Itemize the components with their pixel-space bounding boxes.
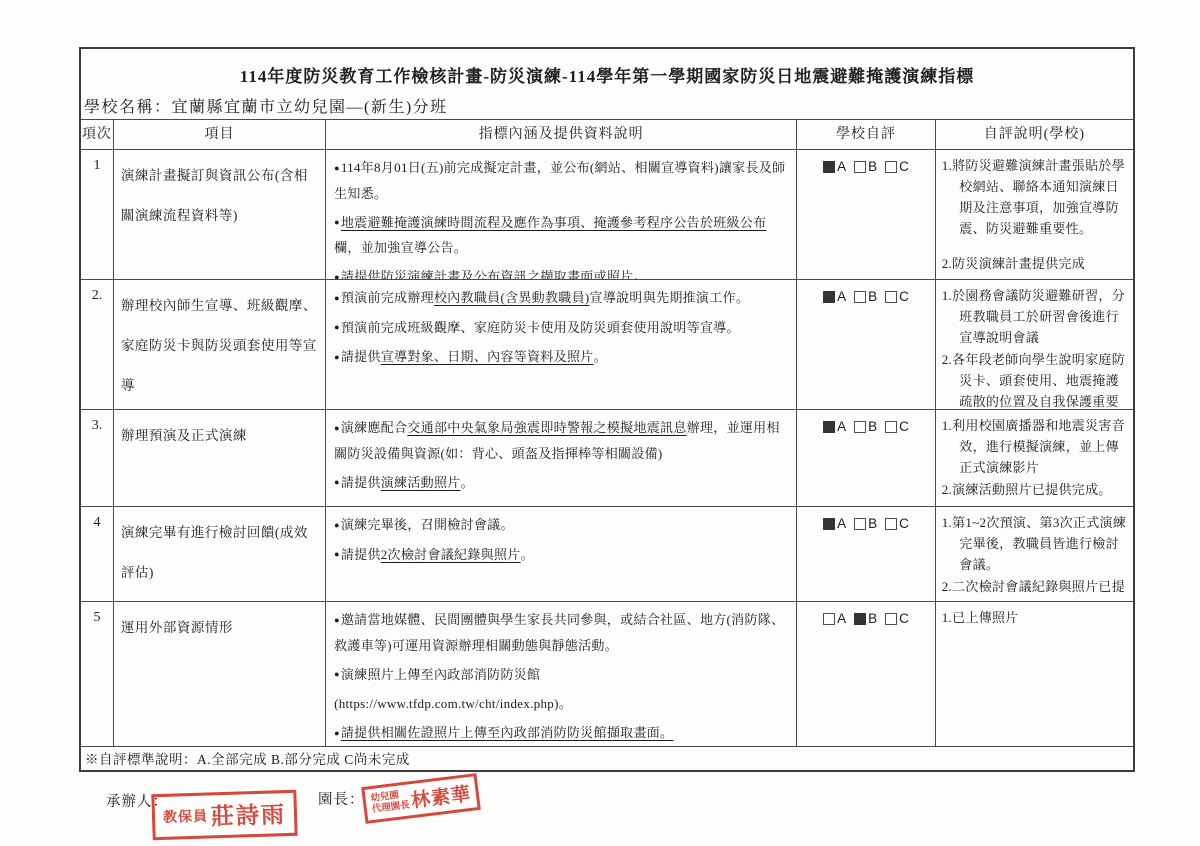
checkbox-a-unchecked	[823, 613, 835, 625]
self-eval-option-b: B	[854, 516, 877, 531]
note-spacer	[942, 240, 1128, 252]
checkbox-b-unchecked	[854, 161, 866, 173]
checkbox-label: C	[899, 289, 909, 304]
underlined-text: 交通部中央氣象局強震即時警報之模擬地震訊息	[407, 420, 686, 435]
stamp-role: 教保員	[163, 805, 209, 826]
indicator-text: 。	[594, 349, 607, 364]
checkbox-label: C	[899, 419, 909, 434]
title-block: 114年度防災教育工作檢核計畫-防災演練-114學年第一學期國家防災日地震避難掩…	[81, 49, 1133, 119]
indicator-text: (https://www.tfdp.com.tw/cht/index.php)。	[334, 696, 572, 711]
self-eval-option-c: C	[885, 516, 909, 531]
bullet-icon: ●	[334, 549, 340, 559]
indicator-text: 宣導說明與先期推演工作。	[590, 290, 750, 305]
indicator-text: 。	[633, 269, 646, 279]
self-eval-option-a: A	[823, 611, 846, 626]
self-eval-option-a: A	[823, 289, 846, 304]
self-eval-option-c: C	[885, 611, 909, 626]
self-eval-option-b: B	[854, 159, 877, 174]
bullet-icon: ●	[334, 217, 340, 227]
page-title: 114年度防災教育工作檢核計畫-防災演練-114學年第一學期國家防災日地震避難掩…	[81, 49, 1133, 87]
underlined-text: 地震避難掩護演練時間流程及應作為事項、掩護參考程序公告於班級公布	[341, 215, 767, 230]
eval-notes: 1.已上傳照片	[936, 602, 1133, 746]
indicator-line: ●請提供2次檢討會議紀錄與照片。	[334, 542, 788, 568]
self-eval-checkboxes: ABC	[797, 507, 935, 601]
checkbox-a-checked	[823, 421, 835, 433]
table-row-1: 1 演練計畫擬訂與資訊公布(含相關演練流程資料等) ●114年8月01日(五)前…	[81, 149, 1133, 279]
table-row-2: 2. 辦理校內師生宣導、班級觀摩、家庭防災卡與防災頭套使用等宣導 ●預演前完成辦…	[81, 279, 1133, 409]
indicator-text: 欄，並加強宣導公告。	[334, 240, 467, 255]
table-row-5: 5 運用外部資源情形 ●邀請當地媒體、民間團體與學生家長共同參與，或結合社區、地…	[81, 601, 1133, 746]
checkbox-label: A	[837, 159, 846, 174]
grading-legend: ※自評標準說明：A.全部完成 B.部分完成 C尚未完成	[81, 746, 1133, 772]
eval-note: 2.演練活動照片已提供完成。	[942, 479, 1128, 500]
self-eval-checkboxes: ABC	[797, 602, 935, 746]
eval-note: 1.利用校園廣播器和地震災害音效，進行模擬演練，並上傳正式演練影片	[942, 415, 1128, 478]
table-row-4: 4 演練完畢有進行檢討回饋(成效評估) ●演練完畢後，召開檢討會議。●請提供2次…	[81, 506, 1133, 601]
item-label: 運用外部資源情形	[114, 602, 326, 746]
checkbox-a-checked	[823, 291, 835, 303]
indicator-line: ●請提供演練活動照片。	[334, 470, 788, 496]
underlined-text: 防災演練計畫	[381, 269, 461, 279]
checkbox-label: A	[837, 289, 846, 304]
indicator-text: 請提供	[341, 475, 381, 490]
checkbox-c-unchecked	[885, 291, 897, 303]
bullet-icon: ●	[334, 272, 340, 280]
self-eval-option-b: B	[854, 611, 877, 626]
table-row-3: 3. 辦理預演及正式演練 ●演練應配合交通部中央氣象局強震即時警報之模擬地震訊息…	[81, 409, 1133, 506]
item-label: 演練計畫擬訂與資訊公布(含相關演練流程資料等)	[114, 150, 326, 279]
checkbox-label: B	[868, 419, 877, 434]
checkbox-label: C	[899, 611, 909, 626]
form-sheet: 114年度防災教育工作檢核計畫-防災演練-114學年第一學期國家防災日地震避難掩…	[79, 47, 1135, 772]
indicator-text: 。	[461, 475, 474, 490]
eval-note: 1.第1~2次預演、第3次正式演練完畢後，教職員皆進行檢討會議。	[942, 512, 1128, 575]
checkbox-label: B	[868, 611, 877, 626]
evaluation-table: 項次 項目 指標內涵及提供資料說明 學校自評 自評說明(學校) 1 演練計畫擬訂…	[81, 119, 1133, 772]
checkbox-b-unchecked	[854, 518, 866, 530]
indicator-text: 演練應配合	[341, 420, 408, 435]
checkbox-label: B	[868, 159, 877, 174]
bullet-icon: ●	[334, 728, 340, 738]
signature-area: 承辦人： 教保員 莊詩雨 園長： 幼兒園 代理園長 林素華	[0, 780, 1200, 846]
checkbox-c-unchecked	[885, 161, 897, 173]
indicator-text: 請提供	[341, 269, 381, 279]
eval-notes: 1.利用校園廣播器和地震災害音效，進行模擬演練，並上傳正式演練影片2.演練活動照…	[936, 410, 1133, 506]
indicator-line: ●演練完畢後，召開檢討會議。	[334, 512, 788, 538]
item-label: 演練完畢有進行檢討回饋(成效評估)	[114, 507, 326, 601]
checkbox-c-unchecked	[885, 613, 897, 625]
bullet-icon: ●	[334, 293, 340, 303]
eval-note: 1.於園務會議防災避難研習，分班教職員工於研習會後進行宣導說明會議	[942, 285, 1128, 348]
indicator-line: ●請提供相關佐證照片上傳至內政部消防防災館擷取畫面。	[334, 720, 788, 746]
checkbox-b-unchecked	[854, 291, 866, 303]
table-header-row: 項次 項目 指標內涵及提供資料說明 學校自評 自評說明(學校)	[81, 119, 1133, 149]
underlined-text: 宣導對象、日期、內容等資料及照片	[381, 349, 594, 364]
checkbox-label: A	[837, 611, 846, 626]
indicator-list: ●邀請當地媒體、民間團體與學生家長共同參與，或結合社區、地方(消防隊、救護車等)…	[326, 602, 797, 746]
header-cell-no: 項次	[81, 120, 114, 149]
row-number: 3.	[81, 410, 114, 506]
row-number: 5	[81, 602, 114, 746]
eval-note: 2.防災演練計畫提供完成	[942, 253, 1128, 274]
eval-notes: 1.將防災避難演練計畫張貼於學校網站、聯絡本通知演練日期及注意事項，加強宣導防震…	[936, 150, 1133, 279]
indicator-text: 邀請當地媒體、民間團體與學生家長共同參與，或結合社區、地方(消防隊、救護車等)可…	[334, 612, 784, 653]
principal-label: 園長：	[318, 788, 365, 809]
header-cell-item: 項目	[114, 120, 326, 149]
bullet-icon: ●	[334, 352, 340, 362]
indicator-text: 。	[521, 547, 534, 562]
underlined-text: 擷取畫面或照片	[540, 269, 633, 279]
bullet-icon: ●	[334, 477, 340, 487]
self-eval-option-b: B	[854, 419, 877, 434]
scanned-form-page: 114年度防災教育工作檢核計畫-防災演練-114學年第一學期國家防災日地震避難掩…	[0, 0, 1200, 846]
self-eval-option-c: C	[885, 159, 909, 174]
checkbox-c-unchecked	[885, 518, 897, 530]
bullet-icon: ●	[334, 322, 340, 332]
indicator-list: ●預演前完成辦理校內教職員(含異動教職員)宣導說明與先期推演工作。●預演前完成班…	[326, 280, 797, 409]
bullet-icon: ●	[334, 423, 340, 433]
indicator-list: ●演練應配合交通部中央氣象局強震即時警報之模擬地震訊息辦理，並運用相關防災設備與…	[326, 410, 797, 506]
item-label: 辦理預演及正式演練	[114, 410, 326, 506]
checkbox-label: A	[837, 516, 846, 531]
row-number: 1	[81, 150, 114, 279]
indicator-list: ●114年8月01日(五)前完成擬定計畫，並公布(網站、相關宣導資料)讓家長及師…	[326, 150, 797, 279]
checkbox-label: C	[899, 516, 909, 531]
checkbox-label: B	[868, 516, 877, 531]
indicator-line: (https://www.tfdp.com.tw/cht/index.php)。	[334, 691, 788, 716]
bullet-icon: ●	[334, 615, 340, 625]
checkbox-label: B	[868, 289, 877, 304]
checkbox-b-unchecked	[854, 421, 866, 433]
self-eval-option-c: C	[885, 289, 909, 304]
indicator-line: ●預演前完成辦理校內教職員(含異動教職員)宣導說明與先期推演工作。	[334, 285, 788, 311]
header-cell-self-eval: 學校自評	[797, 120, 935, 149]
indicator-text: 預演前完成辦理	[341, 290, 434, 305]
indicator-line: ●演練應配合交通部中央氣象局強震即時警報之模擬地震訊息辦理，並運用相關防災設備與…	[334, 415, 788, 466]
indicator-line: ●演練照片上傳至內政部消防防災館	[334, 662, 788, 688]
bullet-icon: ●	[334, 163, 340, 173]
row-number: 2.	[81, 280, 114, 409]
self-eval-checkboxes: ABC	[797, 410, 935, 506]
indicator-list: ●演練完畢後，召開檢討會議。●請提供2次檢討會議紀錄與照片。	[326, 507, 797, 601]
school-name: 學校名稱：宜蘭縣宜蘭市立幼兒園—(新生)分班	[81, 94, 1133, 117]
stamp-name: 林素華	[409, 779, 472, 813]
indicator-line: ●地震避難掩護演練時間流程及應作為事項、掩護參考程序公告於班級公布欄，並加強宣導…	[334, 210, 788, 261]
checkbox-a-checked	[823, 518, 835, 530]
indicator-text: 請提供	[341, 547, 381, 562]
indicator-line: ●114年8月01日(五)前完成擬定計畫，並公布(網站、相關宣導資料)讓家長及師…	[334, 155, 788, 206]
self-eval-checkboxes: ABC	[797, 150, 935, 279]
eval-note: 2.各年段老師向學生說明家庭防災卡、頭套使用、地震掩護疏散的位置及自我保護重要性…	[942, 349, 1128, 409]
self-eval-option-a: A	[823, 159, 846, 174]
checkbox-c-unchecked	[885, 421, 897, 433]
eval-note: 2.二次檢討會議紀錄與照片已提供。	[942, 576, 1128, 601]
stamp-name: 莊詩雨	[210, 796, 286, 831]
checkbox-b-checked	[854, 613, 866, 625]
self-eval-option-b: B	[854, 289, 877, 304]
indicator-line: ●預演前完成班級觀摩、家庭防災卡使用及防災頭套使用說明等宣導。	[334, 315, 788, 341]
indicator-text: 114年8月01日(五)前完成擬定計畫，並公布(網站、相關宣導資料)讓家長及師 …	[334, 160, 785, 201]
underlined-text: 2次檢討會議紀錄與照片	[381, 547, 521, 562]
stamp-role: 幼兒園 代理園長	[370, 789, 410, 815]
bullet-icon: ●	[334, 669, 340, 679]
item-label: 辦理校內師生宣導、班級觀摩、家庭防災卡與防災頭套使用等宣導	[114, 280, 326, 409]
indicator-text: 預演前完成班級觀摩、家庭防災卡使用及防災頭套使用說明等宣導。	[341, 320, 740, 335]
underlined-text: 演練活動照片	[381, 475, 461, 490]
self-eval-option-a: A	[823, 516, 846, 531]
undertaker-stamp: 教保員 莊詩雨	[151, 790, 297, 841]
indicator-line: ●邀請當地媒體、民間團體與學生家長共同參與，或結合社區、地方(消防隊、救護車等)…	[334, 607, 788, 658]
principal-stamp: 幼兒園 代理園長 林素華	[361, 773, 481, 824]
indicator-text: 演練完畢後，召開檢討會議。	[341, 517, 514, 532]
eval-notes: 1.於園務會議防災避難研習，分班教職員工於研習會後進行宣導說明會議2.各年段老師…	[936, 280, 1133, 409]
underlined-text: 校內教職員(含異動教職員)	[434, 290, 590, 305]
checkbox-label: C	[899, 159, 909, 174]
self-eval-option-c: C	[885, 419, 909, 434]
underlined-text: 請提供相關佐證照片上傳至內政部消防防災館擷取畫面。	[341, 725, 674, 740]
indicator-line: ●請提供宣導對象、日期、內容等資料及照片。	[334, 344, 788, 370]
self-eval-option-a: A	[823, 419, 846, 434]
header-cell-eval-notes: 自評說明(學校)	[936, 120, 1133, 149]
eval-note: 1.已上傳照片	[942, 607, 1128, 628]
eval-notes: 1.第1~2次預演、第3次正式演練完畢後，教職員皆進行檢討會議。2.二次檢討會議…	[936, 507, 1133, 601]
indicator-text: 演練照片上傳至內政部消防防災館	[341, 667, 541, 682]
checkbox-label: A	[837, 419, 846, 434]
indicator-text: 及公布資訊之	[461, 269, 541, 279]
eval-note: 1.將防災避難演練計畫張貼於學校網站、聯絡本通知演練日期及注意事項，加強宣導防震…	[942, 155, 1128, 239]
indicator-line: ●請提供防災演練計畫及公布資訊之擷取畫面或照片。	[334, 264, 788, 279]
bullet-icon: ●	[334, 520, 340, 530]
checkbox-a-checked	[823, 161, 835, 173]
indicator-text: 請提供	[341, 349, 381, 364]
header-cell-indicator: 指標內涵及提供資料說明	[326, 120, 797, 149]
row-number: 4	[81, 507, 114, 601]
self-eval-checkboxes: ABC	[797, 280, 935, 409]
